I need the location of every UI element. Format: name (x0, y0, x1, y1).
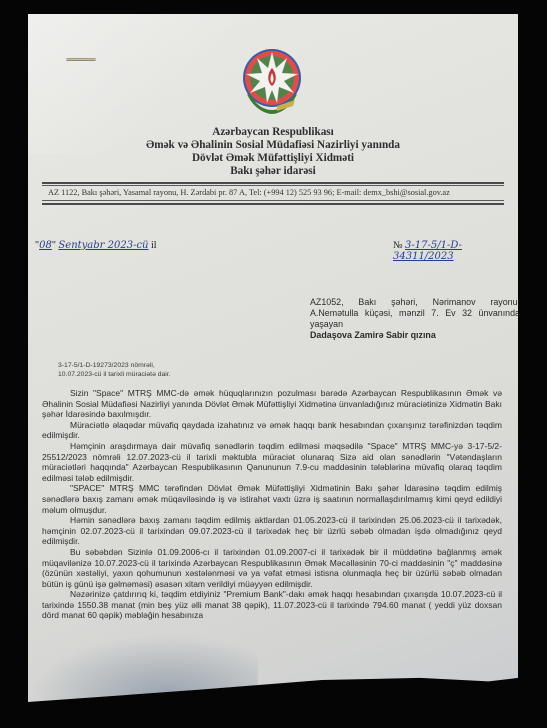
staple (66, 58, 96, 61)
letterhead-ministry: Əmək və Əhalinin Sosial Müdafiəsi Nazirl… (28, 139, 518, 152)
recipient-name: Dadaşova Zamirə Sabir qızına (310, 330, 518, 341)
number-prefix: № (393, 240, 403, 251)
reference-date: 10.07.2023-cü il tarixli müraciətə dair. (58, 370, 171, 379)
letterhead-service: Dövlət Əmək Müfəttişliyi Xidməti (28, 152, 518, 165)
header-rule-bottom (42, 203, 504, 205)
date-suffix: il (151, 240, 157, 251)
body-paragraph: Həmçinin araşdırmaya dair müvafiq sənədl… (42, 441, 502, 483)
body-paragraph: Müraciətlə əlaqədar müvafiq qaydada izah… (42, 420, 502, 441)
date-day: 08 (39, 240, 52, 251)
body-paragraph: Həmin sənədlərə baxış zamanı təqdim edil… (42, 515, 502, 547)
recipient-block: AZ1052, Bakı şəhəri, Nərimanov rayonu, A… (310, 297, 518, 341)
document-page: Azərbaycan Respublikası Əmək və Əhalinin… (28, 14, 518, 702)
letter-date: "08" Sentyabr 2023-cü il (35, 240, 157, 251)
letter-body: Sizin "Space" MTRŞ MMC-də əmək hüquqları… (42, 388, 502, 621)
reference-block: 3-17-5/1-D-19273/2023 nömrəli, 10.07.202… (58, 361, 171, 379)
body-paragraph: Sizin "Space" MTRŞ MMC-də əmək hüquqları… (42, 388, 502, 420)
number-value: 3-17-5/1-D-34311/2023 (393, 240, 462, 262)
letter-number: № 3-17-5/1-D-34311/2023 (393, 240, 518, 262)
header-rule-bottom-thin (42, 200, 504, 201)
letterhead: Azərbaycan Respublikası Əmək və Əhalinin… (28, 126, 518, 178)
body-paragraph: Nəzərinizə çatdırırıq ki, təqdim etdiyin… (42, 589, 502, 621)
header-rule-top (42, 182, 504, 184)
body-paragraph: Bu səbəbdən Sizinlə 01.09.2006-cı il tar… (42, 547, 502, 589)
body-paragraph: "SPACE" MTRŞ MMC tərəfindən Dövlət Əmək … (42, 483, 502, 515)
header-rule-top-thin (42, 185, 504, 186)
reference-number: 3-17-5/1-D-19273/2023 nömrəli, (58, 361, 171, 370)
recipient-address: AZ1052, Bakı şəhəri, Nərimanov rayonu, A… (310, 297, 518, 330)
date-month-year: Sentyabr 2023-cü (58, 240, 148, 251)
letterhead-office: Bakı şəhər idarəsi (28, 165, 518, 178)
office-address: AZ 1122, Bakı şəhəri, Yasamal rayonu, H.… (48, 188, 508, 197)
letterhead-country: Azərbaycan Respublikası (28, 126, 518, 139)
azerbaijan-emblem-icon (237, 46, 307, 118)
